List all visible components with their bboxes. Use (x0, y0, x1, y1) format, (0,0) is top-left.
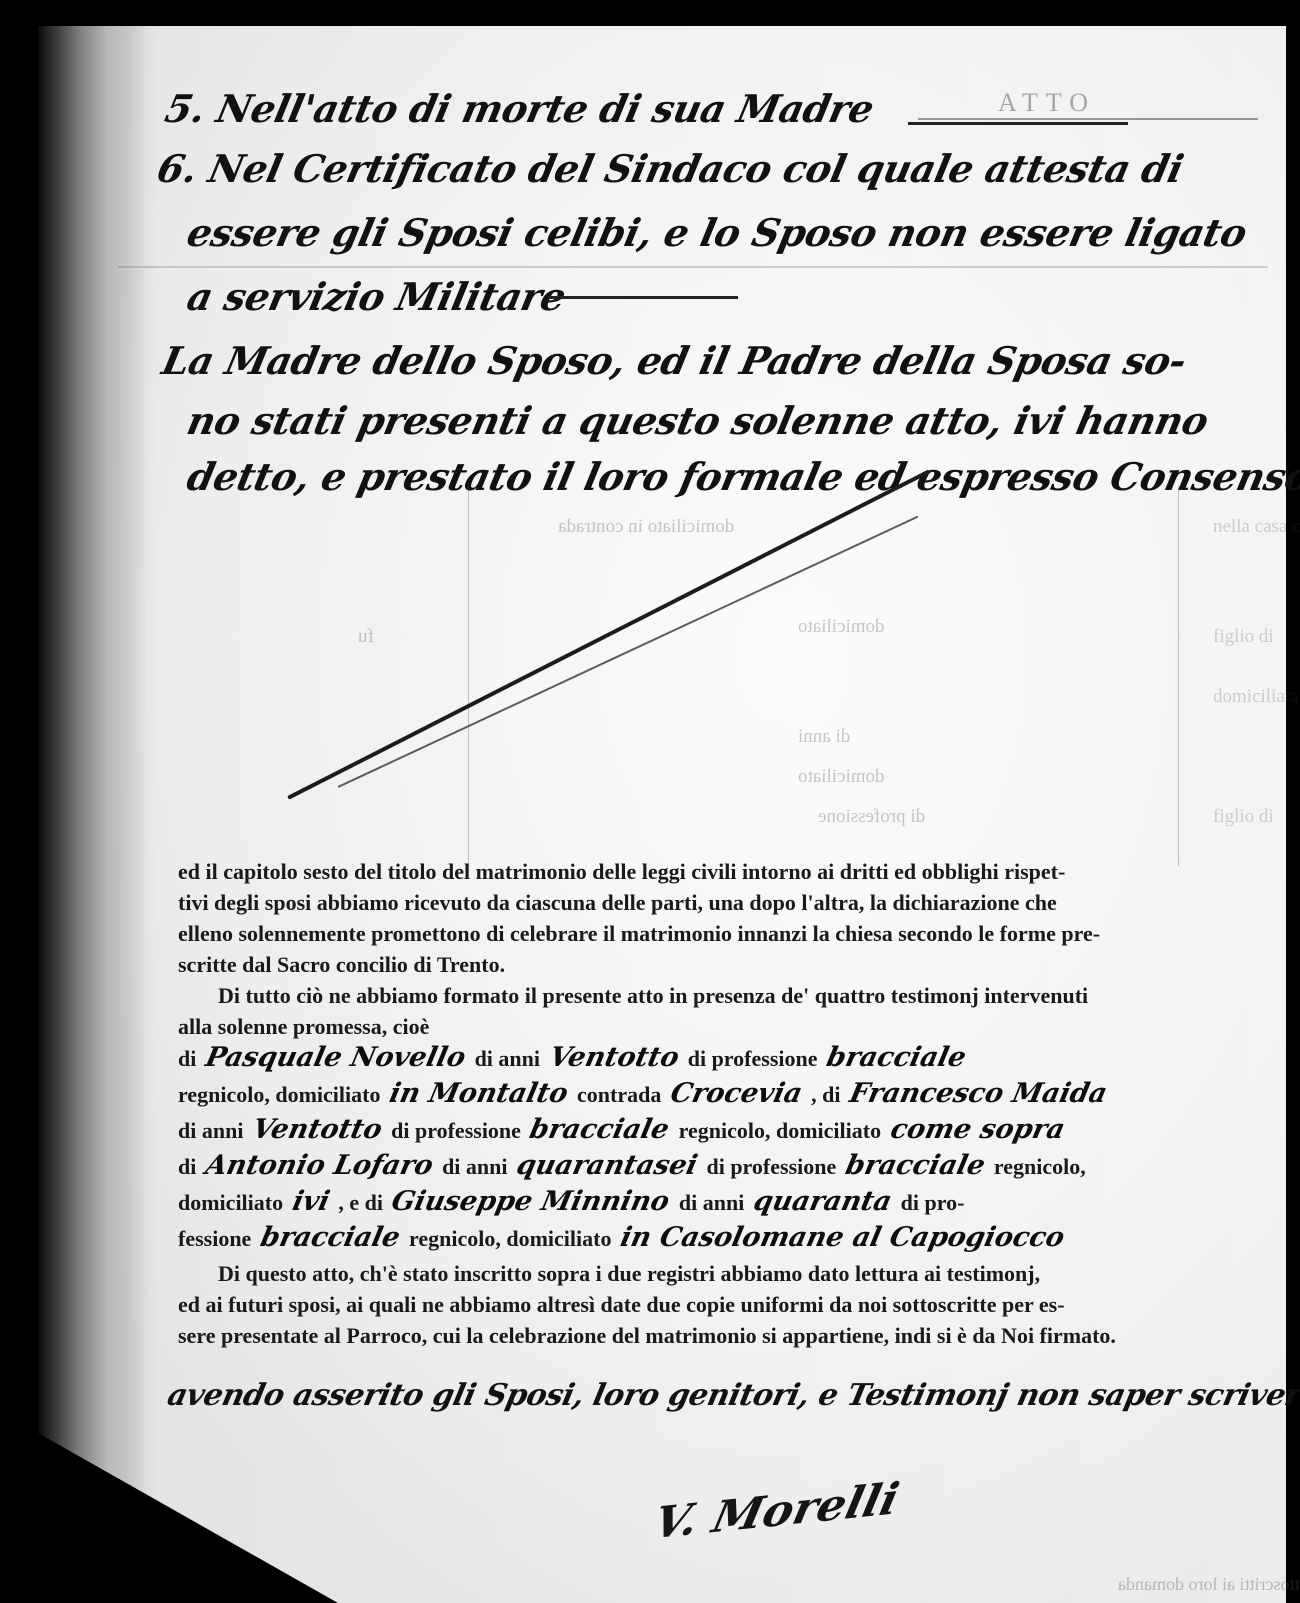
witness-4-line: fessione bracciale regnicolo, domiciliat… (178, 1222, 1293, 1258)
consent-note-line-3: detto, e prestato il loro formale ed esp… (183, 454, 1300, 499)
witness-4-name: Giuseppe Minnino (389, 1186, 673, 1217)
ghost-field: di professione (818, 806, 925, 828)
underline-stroke (548, 296, 738, 299)
book-binding-shadow (38, 26, 148, 1603)
witness-3-profession: bracciale (842, 1150, 987, 1181)
witness-2-profession: bracciale (527, 1114, 672, 1145)
witness-2-line: di anni Ventotto di professione braccial… (178, 1114, 1293, 1150)
witness-1-age: Ventotto (546, 1042, 681, 1073)
form-column-line (468, 486, 469, 866)
witness-1-line: di Pasquale Novello di anni Ventotto di … (178, 1042, 1293, 1078)
printed-paragraph-2-line-1: Di tutto ciò ne abbiamo formato il prese… (178, 980, 1293, 1011)
witness-3-name: Antonio Lofaro (203, 1150, 436, 1181)
printed-paragraph-3-line-1: Di questo atto, ch'è stato inscritto sop… (178, 1258, 1293, 1289)
witness-4-profession: bracciale (258, 1222, 403, 1253)
annotation-5: 5. Nell'atto di morte di sua Madre (161, 86, 878, 131)
witness-3-domicile: ivi (289, 1186, 332, 1217)
printed-header-ghost: ATTO (998, 88, 1096, 118)
ghost-field: fu (358, 626, 374, 648)
witness-4-age: quaranta (751, 1186, 895, 1217)
annotation-6: 6. Nel Certificato del Sindaco col quale… (153, 146, 1187, 191)
bottom-ghost-text: Noi sottoscritti ai loro domanda (1118, 1574, 1300, 1595)
closing-note: avendo asserito gli Sposi, loro genitori… (164, 1378, 1300, 1413)
document-page: ATTO 5. Nell'atto di morte di sua Madre … (38, 26, 1286, 1603)
official-signature: V. Morelli (649, 1474, 903, 1549)
witness-1-profession: bracciale (824, 1042, 969, 1073)
witness-1-name: Pasquale Novello (203, 1042, 469, 1073)
form-column-line (1178, 486, 1179, 866)
printed-paragraph-3-line-3: sere presentate al Parroco, cui la celeb… (178, 1320, 1293, 1351)
ghost-field: domiciliato in contrada (558, 516, 734, 538)
underline-stroke (908, 122, 1128, 125)
annotation-6-end: a servizio Militare (183, 274, 569, 319)
witness-1-domicile-line: regnicolo, domiciliato in Montalto contr… (178, 1078, 1293, 1114)
form-rule (118, 266, 1268, 268)
witness-2-name: Francesco Maida (847, 1078, 1110, 1109)
ghost-field: nella casa comunale (1213, 516, 1300, 538)
witness-1-domicile: in Montalto (387, 1078, 571, 1109)
witness-3-line: di Antonio Lofaro di anni quarantasei di… (178, 1150, 1293, 1186)
witness-2-age: Ventotto (250, 1114, 385, 1145)
header-rule (918, 118, 1258, 120)
witness-1-street: Crocevia (668, 1078, 805, 1109)
witness-3-age: quarantasei (514, 1150, 701, 1181)
page-corner-fold (38, 1433, 338, 1603)
ghost-field: domiciliato (798, 616, 885, 638)
consent-note-line-1: La Madre dello Sposo, ed il Padre della … (158, 338, 1190, 383)
printed-paragraph-2-line-2: alla solenne promessa, cioè (178, 1011, 1293, 1042)
consent-note-line-2: no stati presenti a questo solenne atto,… (183, 398, 1212, 443)
printed-paragraph-1: ed il capitolo sesto del titolo del matr… (178, 856, 1293, 1351)
witness-4-domicile: in Casolomane al Capogiocco (618, 1222, 1068, 1253)
ghost-field: di anni (798, 726, 850, 748)
witness-2-domicile: come sopra (887, 1114, 1067, 1145)
ghost-field: figlio di (1213, 806, 1274, 828)
ghost-field: domiciliato (798, 766, 885, 788)
witness-3-4-line: domiciliato ivi , e di Giuseppe Minnino … (178, 1186, 1293, 1222)
ghost-field: domiciliata (1213, 686, 1298, 708)
annotation-6-cont: essere gli Sposi celibi, e lo Sposo non … (183, 210, 1250, 255)
printed-paragraph-3-line-2: ed ai futuri sposi, ai quali ne abbiamo … (178, 1289, 1293, 1320)
ghost-field: figlio di (1213, 626, 1274, 648)
